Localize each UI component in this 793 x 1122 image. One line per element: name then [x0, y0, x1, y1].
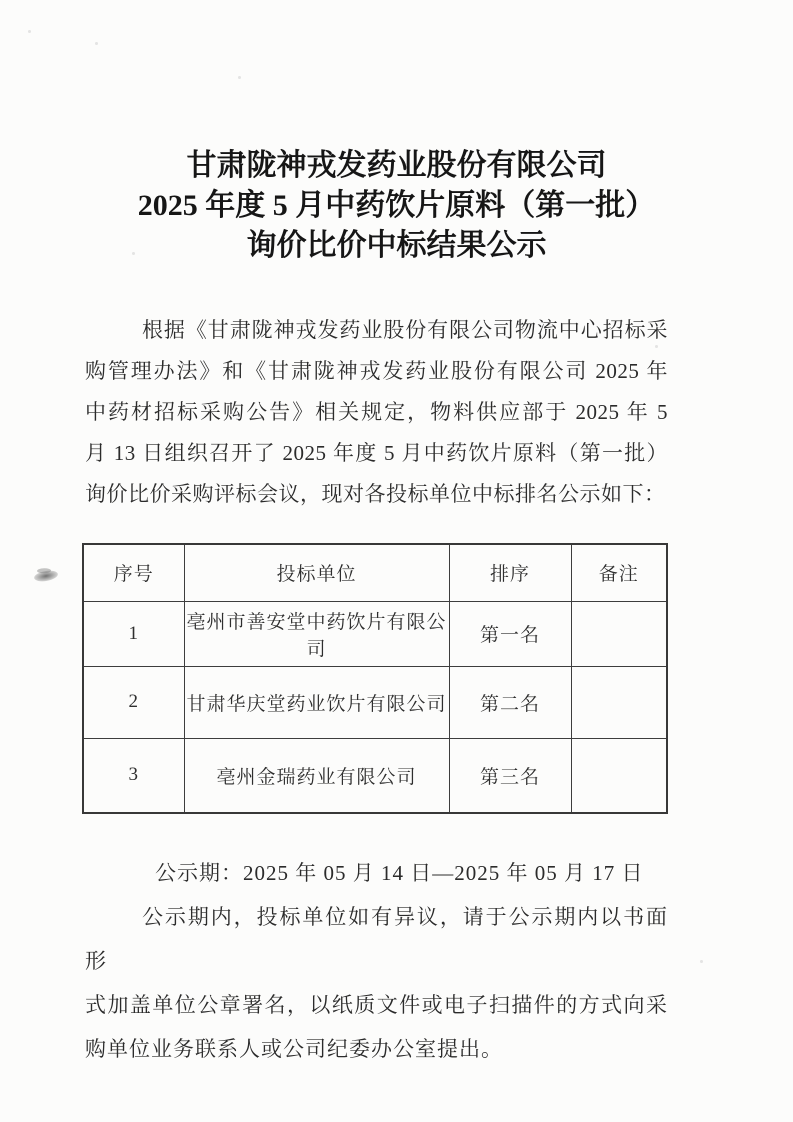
footer-section: 公示期：2025 年 05 月 14 日—2025 年 05 月 17 日 公示…	[85, 851, 668, 1071]
result-table: 序号 投标单位 排序 备注 1 亳州市善安堂中药饮片有限公司 第一名 2 甘肃华…	[82, 543, 668, 814]
cell-rank: 第一名	[449, 601, 571, 666]
cell-serial: 2	[83, 666, 184, 738]
header-serial-number: 序号	[83, 544, 184, 601]
intro-paragraph: 根据《甘肃陇神戎发药业股份有限公司物流中心招标采 购管理办法》和《甘肃陇神戎发药…	[85, 310, 668, 515]
publicity-period-text: 公示期：2025 年 05 月 14 日—2025 年 05 月 17 日	[85, 851, 668, 895]
header-bidder: 投标单位	[184, 544, 449, 601]
scan-smudge-artifact	[33, 569, 58, 583]
table-row: 2 甘肃华庆堂药业饮片有限公司 第二名	[83, 666, 667, 738]
cell-rank: 第三名	[449, 738, 571, 813]
cell-serial: 1	[83, 601, 184, 666]
table-header-row: 序号 投标单位 排序 备注	[83, 544, 667, 601]
intro-line: 月 13 日组织召开了 2025 年度 5 月中药饮片原料（第一批）	[85, 433, 668, 474]
scan-speck	[238, 76, 241, 79]
objection-line: 公示期内，投标单位如有异议，请于公示期内以书面形	[85, 895, 668, 983]
scan-speck	[28, 30, 31, 33]
cell-remark	[571, 738, 667, 813]
cell-rank: 第二名	[449, 666, 571, 738]
header-rank: 排序	[449, 544, 571, 601]
page-title-line-1: 甘肃陇神戎发药业股份有限公司	[0, 146, 793, 186]
objection-line: 式加盖单位公章署名，以纸质文件或电子扫描件的方式向采	[85, 983, 668, 1027]
page-title-line-3: 询价比价中标结果公示	[0, 226, 793, 266]
intro-line: 购管理办法》和《甘肃陇神戎发药业股份有限公司 2025 年	[85, 351, 668, 392]
table-row: 3 亳州金瑞药业有限公司 第三名	[83, 738, 667, 813]
objection-line: 购单位业务联系人或公司纪委办公室提出。	[85, 1027, 668, 1071]
cell-remark	[571, 666, 667, 738]
intro-line: 根据《甘肃陇神戎发药业股份有限公司物流中心招标采	[85, 310, 668, 351]
cell-serial: 3	[83, 738, 184, 813]
page-title: 甘肃陇神戎发药业股份有限公司 2025 年度 5 月中药饮片原料（第一批） 询价…	[0, 146, 793, 266]
intro-line: 中药材招标采购公告》相关规定，物料供应部于 2025 年 5	[85, 392, 668, 433]
header-remark: 备注	[571, 544, 667, 601]
cell-bidder: 甘肃华庆堂药业饮片有限公司	[184, 666, 449, 738]
scan-speck	[700, 960, 703, 963]
cell-bidder: 亳州市善安堂中药饮片有限公司	[184, 601, 449, 666]
table-row: 1 亳州市善安堂中药饮片有限公司 第一名	[83, 601, 667, 666]
scan-speck	[95, 42, 98, 45]
page-title-line-2: 2025 年度 5 月中药饮片原料（第一批）	[0, 186, 793, 226]
intro-line: 询价比价采购评标会议，现对各投标单位中标排名公示如下：	[85, 474, 668, 515]
cell-remark	[571, 601, 667, 666]
document-page: 甘肃陇神戎发药业股份有限公司 2025 年度 5 月中药饮片原料（第一批） 询价…	[0, 0, 793, 1122]
cell-bidder: 亳州金瑞药业有限公司	[184, 738, 449, 813]
scan-speck	[132, 252, 135, 255]
scan-speck	[655, 345, 658, 348]
